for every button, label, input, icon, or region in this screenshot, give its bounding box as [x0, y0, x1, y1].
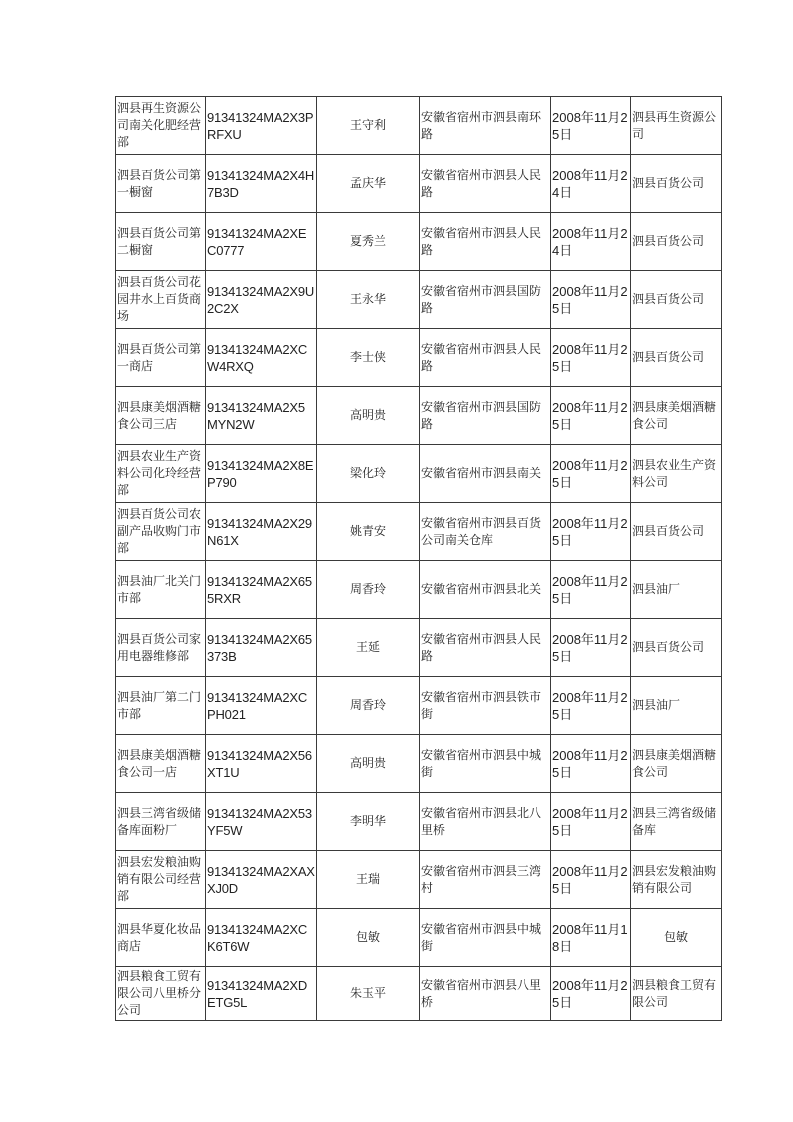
business-name-cell: 泗县百货公司花园井水上百货商场 — [116, 271, 206, 329]
table-row: 泗县宏发粮油购销有限公司经营部 91341324MA2XAXXJ0D 王瑞 安徽… — [116, 851, 722, 909]
legal-person-cell: 姚青安 — [317, 503, 420, 561]
credit-code-cell: 91341324MA2X29N61X — [206, 503, 317, 561]
date-cell: 2008年11月25日 — [551, 793, 631, 851]
credit-code-cell: 91341324MA2X4H7B3D — [206, 155, 317, 213]
address-cell: 安徽省宿州市泗县人民路 — [420, 619, 551, 677]
date-cell: 2008年11月25日 — [551, 387, 631, 445]
table-row: 泗县康美烟酒糖食公司三店 91341324MA2X5MYN2W 高明贵 安徽省宿… — [116, 387, 722, 445]
credit-code-cell: 91341324MA2XDETG5L — [206, 967, 317, 1021]
address-cell: 安徽省宿州市泗县百货公司南关仓库 — [420, 503, 551, 561]
business-name-cell: 泗县百货公司第一橱窗 — [116, 155, 206, 213]
address-cell: 安徽省宿州市泗县北关 — [420, 561, 551, 619]
address-cell: 安徽省宿州市泗县铁市街 — [420, 677, 551, 735]
parent-company-cell: 泗县百货公司 — [631, 503, 722, 561]
date-cell: 2008年11月25日 — [551, 561, 631, 619]
table-row: 泗县百货公司第一商店 91341324MA2XCW4RXQ 李士侠 安徽省宿州市… — [116, 329, 722, 387]
table-row: 泗县再生资源公司南关化肥经营部 91341324MA2X3PRFXU 王守利 安… — [116, 97, 722, 155]
credit-code-cell: 91341324MA2X53YF5W — [206, 793, 317, 851]
business-name-cell: 泗县百货公司农副产品收购门市部 — [116, 503, 206, 561]
table-row: 泗县百货公司家用电器维修部 91341324MA2X65373B 王延 安徽省宿… — [116, 619, 722, 677]
business-name-cell: 泗县油厂第二门市部 — [116, 677, 206, 735]
parent-company-cell: 泗县百货公司 — [631, 155, 722, 213]
parent-company-cell: 泗县宏发粮油购销有限公司 — [631, 851, 722, 909]
legal-person-cell: 周香玲 — [317, 677, 420, 735]
parent-company-cell: 泗县三湾省级储备库 — [631, 793, 722, 851]
date-cell: 2008年11月25日 — [551, 967, 631, 1021]
date-cell: 2008年11月25日 — [551, 503, 631, 561]
address-cell: 安徽省宿州市泗县南关 — [420, 445, 551, 503]
date-cell: 2008年11月25日 — [551, 445, 631, 503]
parent-company-cell: 泗县油厂 — [631, 677, 722, 735]
address-cell: 安徽省宿州市泗县南环路 — [420, 97, 551, 155]
parent-company-cell: 泗县粮食工贸有限公司 — [631, 967, 722, 1021]
date-cell: 2008年11月24日 — [551, 213, 631, 271]
business-name-cell: 泗县康美烟酒糖食公司三店 — [116, 387, 206, 445]
business-name-cell: 泗县农业生产资料公司化玲经营部 — [116, 445, 206, 503]
credit-code-cell: 91341324MA2XAXXJ0D — [206, 851, 317, 909]
legal-person-cell: 高明贵 — [317, 735, 420, 793]
date-cell: 2008年11月25日 — [551, 677, 631, 735]
legal-person-cell: 王守利 — [317, 97, 420, 155]
business-name-cell: 泗县再生资源公司南关化肥经营部 — [116, 97, 206, 155]
table-row: 泗县百货公司农副产品收购门市部 91341324MA2X29N61X 姚青安 安… — [116, 503, 722, 561]
table-row: 泗县油厂第二门市部 91341324MA2XCPH021 周香玲 安徽省宿州市泗… — [116, 677, 722, 735]
table-row: 泗县农业生产资料公司化玲经营部 91341324MA2X8EP790 梁化玲 安… — [116, 445, 722, 503]
address-cell: 安徽省宿州市泗县国防路 — [420, 271, 551, 329]
address-cell: 安徽省宿州市泗县人民路 — [420, 155, 551, 213]
address-cell: 安徽省宿州市泗县中城街 — [420, 909, 551, 967]
date-cell: 2008年11月25日 — [551, 619, 631, 677]
date-cell: 2008年11月25日 — [551, 851, 631, 909]
table-row: 泗县百货公司花园井水上百货商场 91341324MA2X9U2C2X 王永华 安… — [116, 271, 722, 329]
table-row: 泗县粮食工贸有限公司八里桥分公司 91341324MA2XDETG5L 朱玉平 … — [116, 967, 722, 1021]
address-cell: 安徽省宿州市泗县人民路 — [420, 213, 551, 271]
table-row: 泗县百货公司第二橱窗 91341324MA2XEC0777 夏秀兰 安徽省宿州市… — [116, 213, 722, 271]
date-cell: 2008年11月18日 — [551, 909, 631, 967]
business-name-cell: 泗县三湾省级储备库面粉厂 — [116, 793, 206, 851]
credit-code-cell: 91341324MA2X8EP790 — [206, 445, 317, 503]
business-name-cell: 泗县华夏化妆品商店 — [116, 909, 206, 967]
date-cell: 2008年11月24日 — [551, 155, 631, 213]
business-registry-table: 泗县再生资源公司南关化肥经营部 91341324MA2X3PRFXU 王守利 安… — [115, 96, 722, 1021]
credit-code-cell: 91341324MA2X3PRFXU — [206, 97, 317, 155]
business-name-cell: 泗县百货公司第一商店 — [116, 329, 206, 387]
credit-code-cell: 91341324MA2X65373B — [206, 619, 317, 677]
legal-person-cell: 梁化玲 — [317, 445, 420, 503]
business-name-cell: 泗县宏发粮油购销有限公司经营部 — [116, 851, 206, 909]
parent-company-cell: 泗县康美烟酒糖食公司 — [631, 387, 722, 445]
legal-person-cell: 周香玲 — [317, 561, 420, 619]
credit-code-cell: 91341324MA2X56XT1U — [206, 735, 317, 793]
legal-person-cell: 王延 — [317, 619, 420, 677]
date-cell: 2008年11月25日 — [551, 271, 631, 329]
legal-person-cell: 孟庆华 — [317, 155, 420, 213]
table-row: 泗县三湾省级储备库面粉厂 91341324MA2X53YF5W 李明华 安徽省宿… — [116, 793, 722, 851]
address-cell: 安徽省宿州市泗县北八里桥 — [420, 793, 551, 851]
legal-person-cell: 包敏 — [317, 909, 420, 967]
legal-person-cell: 王永华 — [317, 271, 420, 329]
address-cell: 安徽省宿州市泗县国防路 — [420, 387, 551, 445]
credit-code-cell: 91341324MA2X655RXR — [206, 561, 317, 619]
credit-code-cell: 91341324MA2X9U2C2X — [206, 271, 317, 329]
credit-code-cell: 91341324MA2XCW4RXQ — [206, 329, 317, 387]
legal-person-cell: 李明华 — [317, 793, 420, 851]
credit-code-cell: 91341324MA2XCPH021 — [206, 677, 317, 735]
parent-company-cell: 泗县农业生产资料公司 — [631, 445, 722, 503]
business-name-cell: 泗县百货公司家用电器维修部 — [116, 619, 206, 677]
business-name-cell: 泗县粮食工贸有限公司八里桥分公司 — [116, 967, 206, 1021]
document-page: 泗县再生资源公司南关化肥经营部 91341324MA2X3PRFXU 王守利 安… — [0, 0, 793, 1122]
parent-company-cell: 泗县百货公司 — [631, 329, 722, 387]
credit-code-cell: 91341324MA2XEC0777 — [206, 213, 317, 271]
date-cell: 2008年11月25日 — [551, 97, 631, 155]
parent-company-cell: 包敏 — [631, 909, 722, 967]
address-cell: 安徽省宿州市泗县人民路 — [420, 329, 551, 387]
credit-code-cell: 91341324MA2X5MYN2W — [206, 387, 317, 445]
address-cell: 安徽省宿州市泗县三湾村 — [420, 851, 551, 909]
legal-person-cell: 高明贵 — [317, 387, 420, 445]
parent-company-cell: 泗县再生资源公司 — [631, 97, 722, 155]
parent-company-cell: 泗县康美烟酒糖食公司 — [631, 735, 722, 793]
business-name-cell: 泗县百货公司第二橱窗 — [116, 213, 206, 271]
legal-person-cell: 夏秀兰 — [317, 213, 420, 271]
credit-code-cell: 91341324MA2XCK6T6W — [206, 909, 317, 967]
date-cell: 2008年11月25日 — [551, 329, 631, 387]
parent-company-cell: 泗县百货公司 — [631, 271, 722, 329]
business-name-cell: 泗县康美烟酒糖食公司一店 — [116, 735, 206, 793]
parent-company-cell: 泗县百货公司 — [631, 619, 722, 677]
legal-person-cell: 朱玉平 — [317, 967, 420, 1021]
address-cell: 安徽省宿州市泗县八里桥 — [420, 967, 551, 1021]
table-row: 泗县华夏化妆品商店 91341324MA2XCK6T6W 包敏 安徽省宿州市泗县… — [116, 909, 722, 967]
legal-person-cell: 王瑞 — [317, 851, 420, 909]
parent-company-cell: 泗县百货公司 — [631, 213, 722, 271]
table-row: 泗县百货公司第一橱窗 91341324MA2X4H7B3D 孟庆华 安徽省宿州市… — [116, 155, 722, 213]
parent-company-cell: 泗县油厂 — [631, 561, 722, 619]
table-row: 泗县油厂北关门市部 91341324MA2X655RXR 周香玲 安徽省宿州市泗… — [116, 561, 722, 619]
business-name-cell: 泗县油厂北关门市部 — [116, 561, 206, 619]
table-row: 泗县康美烟酒糖食公司一店 91341324MA2X56XT1U 高明贵 安徽省宿… — [116, 735, 722, 793]
legal-person-cell: 李士侠 — [317, 329, 420, 387]
address-cell: 安徽省宿州市泗县中城街 — [420, 735, 551, 793]
date-cell: 2008年11月25日 — [551, 735, 631, 793]
